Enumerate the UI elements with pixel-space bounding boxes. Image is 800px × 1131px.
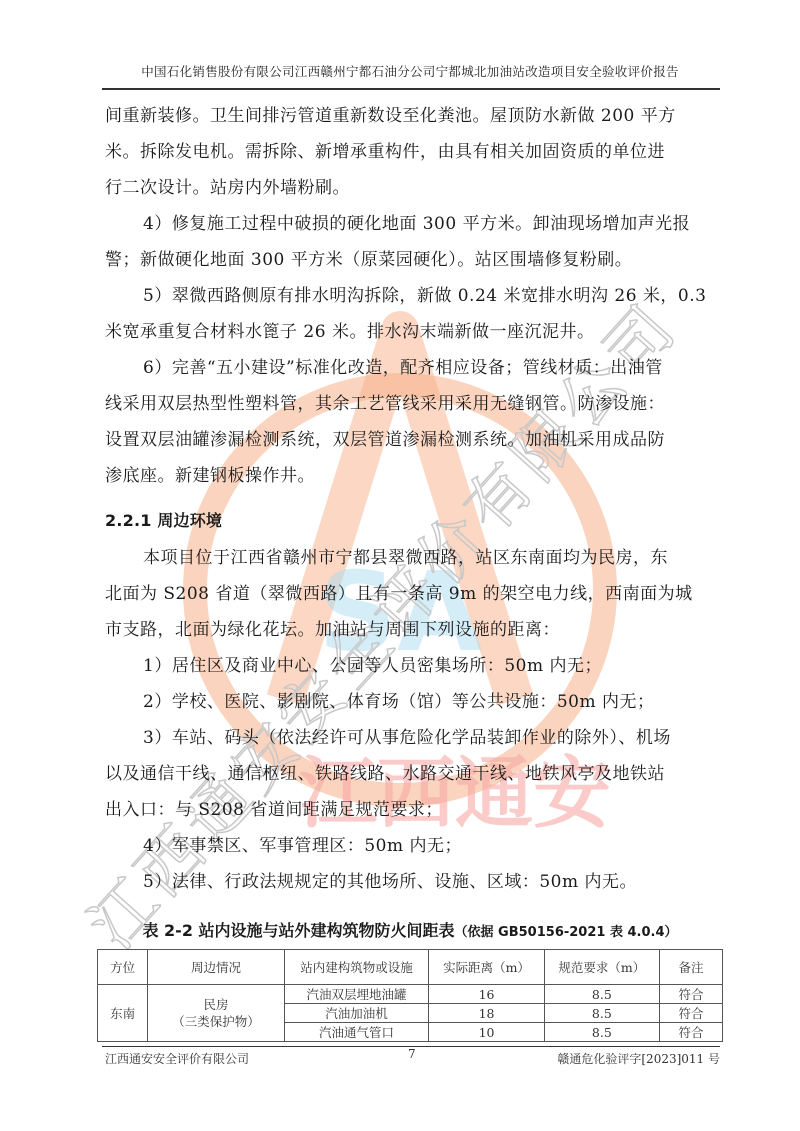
table-caption-basis: （依据 GB50156-2021 表 4.0.4） — [455, 925, 678, 940]
note-cell: 符合 — [660, 1004, 723, 1023]
table-row: 东南 民房 （三类保护物） 汽油双层埋地油罐 16 8.5 符合 — [98, 985, 723, 1004]
paragraph-line: 米。拆除发电机。需拆除、新增承重构件，由具有相关加固资质的单位进 — [105, 134, 715, 170]
surroundings-class: （三类保护物） — [150, 1013, 281, 1030]
footer-company: 江西通安安全评价有限公司 — [105, 1050, 249, 1067]
paragraph-line: 本项目位于江西省赣州市宁都县翠微西路，站区东南面均为民房，东 — [105, 540, 715, 576]
paragraph-line: 以及通信干线、通信枢纽、铁路线路、水路交通干线、地铁风亭及地铁站 — [105, 756, 715, 792]
paragraph-line: 渗底座。新建钢板操作井。 — [105, 458, 715, 494]
note-cell: 符合 — [660, 985, 723, 1004]
table-caption: 表 2-2 站内设施与站外建构筑物防火间距表（依据 GB50156-2021 表… — [100, 918, 720, 941]
paragraph-line: 市支路，北面为绿化花坛。加油站与周围下列设施的距离： — [105, 612, 715, 648]
actual-distance-cell: 10 — [429, 1023, 544, 1042]
required-distance-cell: 8.5 — [544, 1023, 659, 1042]
paragraph-line: 6）完善“五小建设”标准化改造，配齐相应设备；管线材质：出油管 — [105, 350, 715, 386]
running-header: 中国石化销售股份有限公司江西赣州宁都石油分公司宁都城北加油站改造项目安全验收评价… — [108, 62, 712, 80]
paragraph-line: 线采用双层热型性塑料管，其余工艺管线采用采用无缝钢管。防渗设施： — [105, 386, 715, 422]
surroundings-type: 民房 — [150, 996, 281, 1013]
list-item: 2）学校、医院、影剧院、体育场（馆）等公共设施：50m 内无； — [105, 684, 715, 720]
paragraph-line: 4）修复施工过程中破损的硬化地面 300 平方米。卸油现场增加声光报 — [105, 206, 715, 242]
column-header: 规范要求（m） — [544, 950, 659, 985]
facility-cell: 汽油通气管口 — [284, 1023, 429, 1042]
paragraph-line: 米宽承重复合材料水篦子 26 米。排水沟末端新做一座沉泥井。 — [105, 314, 715, 350]
section-heading: 2.2.1 周边环境 — [105, 502, 715, 540]
paragraph-line: 警；新做硬化地面 300 平方米（原菜园硬化）。站区围墙修复粉刷。 — [105, 242, 715, 278]
body-text: 间重新装修。卫生间排污管道重新数设至化粪池。屋顶防水新做 200 平方 米。拆除… — [105, 98, 715, 900]
surroundings-cell: 民房 （三类保护物） — [148, 985, 284, 1042]
paragraph-line: 间重新装修。卫生间排污管道重新数设至化粪池。屋顶防水新做 200 平方 — [105, 98, 715, 134]
paragraph-line: 5）翠微西路侧原有排水明沟拆除，新做 0.24 米宽排水明沟 26 米，0.3 — [105, 278, 715, 314]
paragraph-line: 出入口：与 S208 省道间距满足规范要求； — [105, 792, 715, 828]
list-item: 3）车站、码头（依法经许可从事危险化学品装卸作业的除外）、机场 — [105, 720, 715, 756]
table-caption-main: 表 2-2 站内设施与站外建构筑物防火间距表 — [142, 921, 454, 940]
facility-cell: 汽油双层埋地油罐 — [284, 985, 429, 1004]
paragraph-line: 北面为 S208 省道（翠微西路）且有一条高 9m 的架空电力线，西南面为城 — [105, 576, 715, 612]
list-item: 4）军事禁区、军事管理区：50m 内无； — [105, 828, 715, 864]
page-number: 7 — [408, 1047, 416, 1061]
note-cell: 符合 — [660, 1023, 723, 1042]
required-distance-cell: 8.5 — [544, 985, 659, 1004]
document-number: 赣通危化验评字[2023]011 号 — [557, 1050, 720, 1067]
document-page: SA 江西通安 江西通安安全评价有限公司 中国石化销售股份有限公司江西赣州宁都石… — [0, 0, 800, 1131]
list-item: 1）居住区及商业中心、公园等人员密集场所：50m 内无； — [105, 648, 715, 684]
direction-cell: 东南 — [98, 985, 148, 1042]
paragraph-line: 设置双层油罐渗漏检测系统，双层管道渗漏检测系统。加油机采用成品防 — [105, 422, 715, 458]
paragraph-line: 行二次设计。站房内外墙粉刷。 — [105, 170, 715, 206]
column-header: 方位 — [98, 950, 148, 985]
actual-distance-cell: 18 — [429, 1004, 544, 1023]
facility-cell: 汽油加油机 — [284, 1004, 429, 1023]
column-header: 周边情况 — [148, 950, 284, 985]
column-header: 实际距离（m） — [429, 950, 544, 985]
list-item: 5）法律、行政法规规定的其他场所、设施、区域：50m 内无。 — [105, 864, 715, 900]
actual-distance-cell: 16 — [429, 985, 544, 1004]
table-header-row: 方位 周边情况 站内建构筑物或设施 实际距离（m） 规范要求（m） 备注 — [98, 950, 723, 985]
column-header: 站内建构筑物或设施 — [284, 950, 429, 985]
fire-distance-table: 方位 周边情况 站内建构筑物或设施 实际距离（m） 规范要求（m） 备注 东南 … — [97, 949, 723, 1042]
required-distance-cell: 8.5 — [544, 1004, 659, 1023]
column-header: 备注 — [660, 950, 723, 985]
header-divider — [102, 88, 720, 90]
